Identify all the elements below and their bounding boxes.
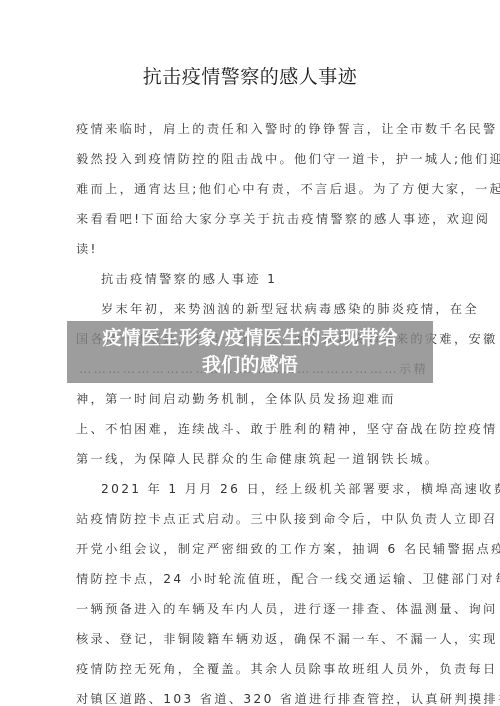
body-line-16: 情防控卡点，24 小时轮流值班，配合一线交通运输、卫健部门对每 — [76, 564, 428, 594]
body-line-5: 读! — [76, 234, 428, 264]
body-line-10: 神，第一时间启动勤务机制，全体队员发扬迎难而 — [76, 384, 428, 414]
body-line-2: 毅然投入到疫情防控的阻击战中。他们守一道卡，护一城人;他们迎 — [76, 144, 428, 174]
document-title: 抗击疫情警察的感人事迹 — [0, 62, 500, 89]
body-line-17: 一辆预备进入的车辆及车内人员，进行逐一排查、体温测量、询问 — [76, 594, 428, 624]
body-line-13: 2021 年 1 月月 26 日，经上级机关部署要求，横埠高速收费 — [76, 474, 428, 504]
body-line-14: 站疫情防控卡点正式启动。三中队接到命令后，中队负责人立即召 — [76, 504, 428, 534]
banner-title: 疫情医生形象/疫情医生的表现带给 我们的感悟 — [67, 325, 433, 379]
body-line-20: 对镇区道路、103 省道、320 省道进行排查管控，认真研判摸排在道 — [76, 684, 428, 706]
body-line-15: 开党小组会议，制定严密细致的工作方案，抽调 6 名民辅警据点疫 — [76, 534, 428, 564]
title-overlay-banner: 疫情医生形象/疫情医生的表现带给 我们的感悟 — [67, 321, 433, 383]
body-line-19: 疫情防控无死角，全覆盖。其余人员除事故班组人员外，负责每日 — [76, 654, 428, 684]
body-line-4: 来看看吧!下面给大家分享关于抗击疫情警察的感人事迹，欢迎阅 — [76, 204, 428, 234]
section-heading: 抗击疫情警察的感人事迹 1 — [76, 264, 428, 294]
body-line-3: 难而上，通宵达旦;他们心中有责，不言后退。为了方便大家，一起 — [76, 174, 428, 204]
body-line-18: 核录、登记，非铜陵籍车辆劝返，确保不漏一车、不漏一人，实现 — [76, 624, 428, 654]
document-body: 疫情来临时，肩上的责任和入警时的铮铮誓言，让全市数千名民警 毅然投入到疫情防控的… — [76, 114, 428, 706]
body-line-11: 上、不怕困难，连续战斗、敢于胜利的精神，坚守奋战在防控疫情 — [76, 414, 428, 444]
banner-title-line-2: 我们的感悟 — [67, 352, 433, 379]
document-page: 抗击疫情警察的感人事迹 疫情来临时，肩上的责任和入警时的铮铮誓言，让全市数千名民… — [0, 0, 500, 706]
banner-title-line-1: 疫情医生形象/疫情医生的表现带给 — [67, 325, 433, 352]
body-line-1: 疫情来临时，肩上的责任和入警时的铮铮誓言，让全市数千名民警 — [76, 114, 428, 144]
body-line-7: 岁末年初，来势汹汹的新型冠状病毒感染的肺炎疫情，在全 — [76, 294, 428, 324]
body-line-12: 第一线，为保障人民群众的生命健康筑起一道钢铁长城。 — [76, 444, 428, 474]
